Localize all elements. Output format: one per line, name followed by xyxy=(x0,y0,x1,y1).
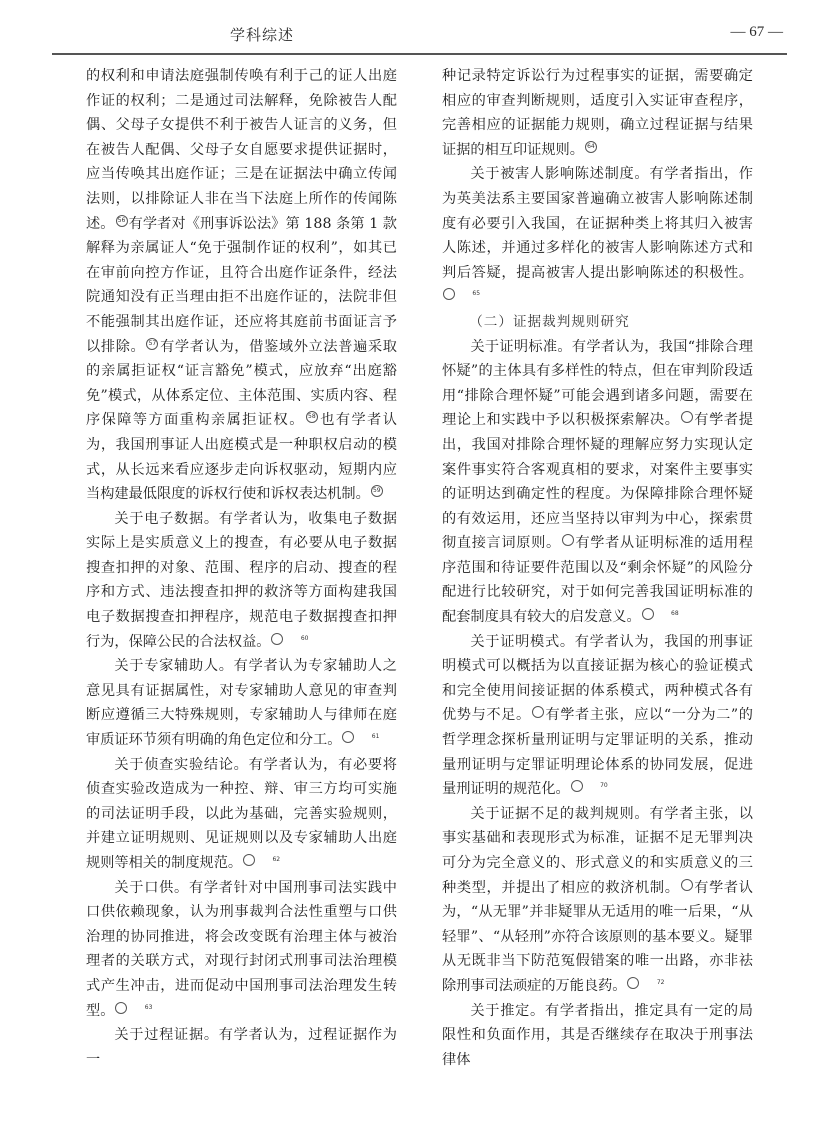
paragraph: 的权利和申请法庭强制传唤有利于己的证人出庭作证的权利；二是通过司法解释，免除被告… xyxy=(86,64,397,507)
paragraph: 关于证明标准。有学者认为，我国“排除合理怀疑”的主体具有多样性的特点，但在审判阶… xyxy=(442,335,753,630)
paragraph: 关于证明模式。有学者认为，我国的刑事证明模式可以概括为以直接证据为核心的验证模式… xyxy=(442,630,753,802)
footnote-marker[interactable]: 56 xyxy=(116,215,128,227)
footnote-marker[interactable]: 63 xyxy=(115,1002,127,1014)
paragraph: 关于证据不足的裁判规则。有学者主张，以事实基础和表现形式为标准，证据不足无罪判决… xyxy=(442,802,753,999)
page-number: — 67 — xyxy=(731,24,784,41)
paragraph-text: 关于被害人影响陈述制度。有学者指出，作为英美法系主要国家普遍确立被害人影响陈述制… xyxy=(442,166,753,280)
paragraph: 关于过程证据。有学者认为，过程证据作为一 xyxy=(86,1023,397,1072)
footnote-marker[interactable]: 58 xyxy=(306,411,318,423)
paragraph: 关于电子数据。有学者认为，收集电子数据实际上是实质意义上的搜查，有必要从电子数据… xyxy=(86,507,397,655)
paragraph-text: 关于电子数据。有学者认为，收集电子数据实际上是实质意义上的搜查，有必要从电子数据… xyxy=(86,511,397,650)
paragraph-text: 有学者对《刑事诉讼法》第 188 条第 1 款解释为亲属证人“免于强制作证的权利… xyxy=(86,216,397,355)
header-rule xyxy=(52,53,787,55)
footnote-marker[interactable]: 68 xyxy=(642,608,654,620)
footnote-marker[interactable]: 62 xyxy=(243,854,255,866)
paragraph-text: 的权利和申请法庭强制传唤有利于己的证人出庭作证的权利；二是通过司法解释，免除被告… xyxy=(86,68,397,232)
paragraph: 种记录特定诉讼行为过程事实的证据，需要确定相应的审查判断规则，适度引入实证审查程… xyxy=(442,64,753,162)
paragraph: 关于口供。有学者针对中国刑事司法实践中口供依赖现象，认为刑事裁判合法性重塑与口供… xyxy=(86,876,397,1024)
paragraph-text: 关于推定。有学者指出，推定具有一定的局限性和负面作用，其是否继续存在取决于刑事法… xyxy=(442,1003,753,1068)
footnote-marker[interactable]: 60 xyxy=(271,633,283,645)
footnote-marker[interactable]: 64 xyxy=(585,141,597,153)
footnote-marker[interactable]: 66 xyxy=(681,411,693,423)
footnote-marker[interactable]: 59 xyxy=(371,485,383,497)
running-head: 学科综述 xyxy=(53,24,471,45)
footnote-marker[interactable]: 69 xyxy=(532,706,544,718)
paragraph: 关于专家辅助人。有学者认为专家辅助人之意见具有证据属性，对专家辅助人意见的审查判… xyxy=(86,654,397,752)
section-heading: （二）证据裁判规则研究 xyxy=(442,310,753,335)
footnote-marker[interactable]: 72 xyxy=(627,977,639,989)
paragraph: 关于推定。有学者指出，推定具有一定的局限性和负面作用，其是否继续存在取决于刑事法… xyxy=(442,999,753,1073)
footnote-marker[interactable]: 61 xyxy=(342,731,354,743)
paragraph-text: 关于过程证据。有学者认为，过程证据作为一 xyxy=(86,1027,397,1068)
paragraph-text: 有学者认为，“从无罪”并非疑罪从无适用的唯一后果，“从轻罪”、“从轻刑”亦符合该… xyxy=(442,880,753,994)
paragraph: 关于被害人影响陈述制度。有学者指出，作为英美法系主要国家普遍确立被害人影响陈述制… xyxy=(442,162,753,310)
left-column: 的权利和申请法庭强制传唤有利于己的证人出庭作证的权利；二是通过司法解释，免除被告… xyxy=(86,64,397,1072)
paragraph-text: 种记录特定诉讼行为过程事实的证据，需要确定相应的审查判断规则，适度引入实证审查程… xyxy=(442,68,753,158)
footnote-marker[interactable]: 71 xyxy=(681,879,693,891)
footnote-marker[interactable]: 70 xyxy=(571,780,583,792)
footnote-marker[interactable]: 65 xyxy=(443,288,455,300)
footnote-marker[interactable]: 57 xyxy=(146,338,158,350)
paragraph-text: 关于侦查实验结论。有学者认为，有必要将侦查实验改造成为一种控、辩、审三方均可实施… xyxy=(86,757,397,871)
paragraph: 关于侦查实验结论。有学者认为，有必要将侦查实验改造成为一种控、辩、审三方均可实施… xyxy=(86,753,397,876)
footnote-marker[interactable]: 67 xyxy=(562,534,574,546)
paragraph-text: 有学者提出，我国对排除合理怀疑的理解应努力实现认定案件事实符合客观真相的要求，对… xyxy=(442,412,753,551)
paragraph-text: 关于口供。有学者针对中国刑事司法实践中口供依赖现象，认为刑事裁判合法性重塑与口供… xyxy=(86,880,397,1019)
right-column: 种记录特定诉讼行为过程事实的证据，需要确定相应的审查判断规则，适度引入实证审查程… xyxy=(442,64,753,1072)
